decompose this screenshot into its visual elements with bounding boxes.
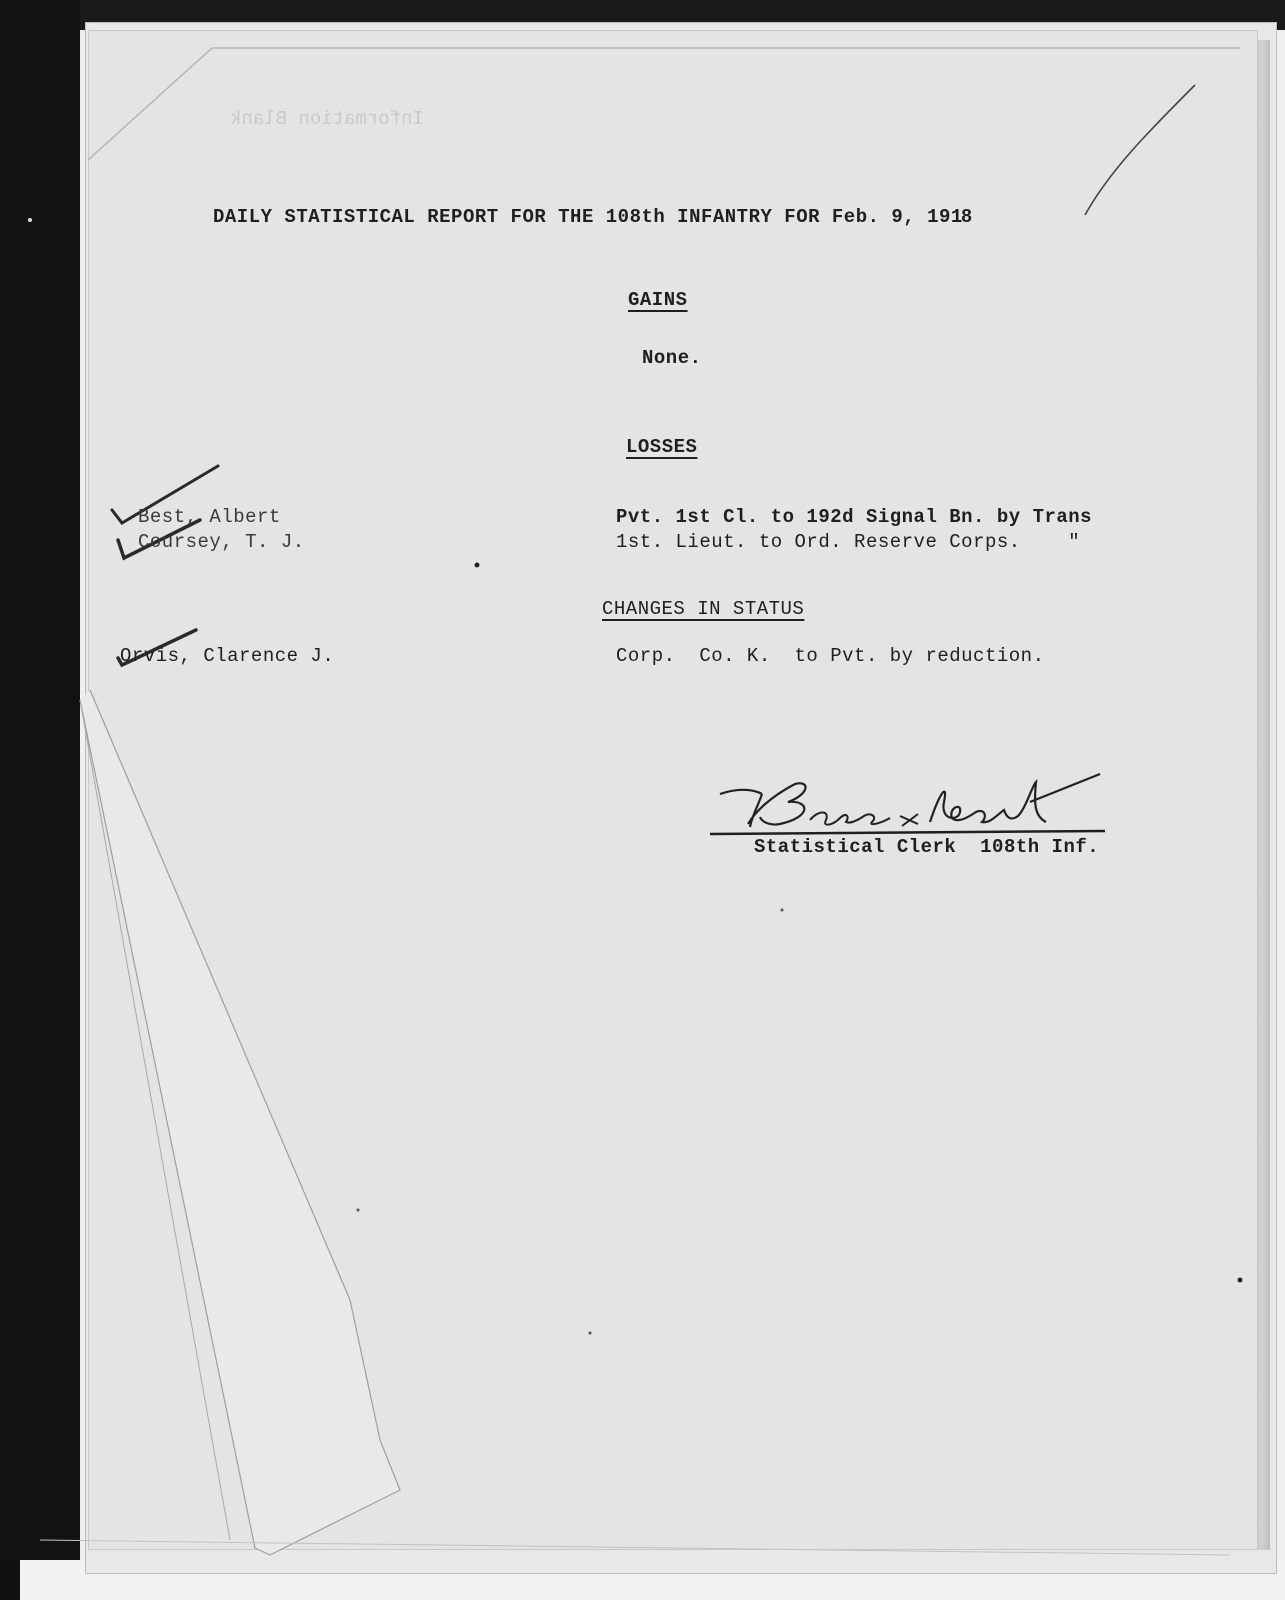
scanner-backdrop-corner [0,1560,20,1600]
loss-entry-name: Coursey, T. J. [138,531,305,553]
signature-title: Statistical Clerk 108th Inf. [754,836,1099,858]
gains-body: None. [642,347,702,369]
gains-heading: GAINS [628,289,688,311]
status-entry-name: Orvis, Clarence J. [120,645,334,667]
handwritten-signature [700,772,1120,842]
scanner-backdrop-left [0,0,80,1600]
changes-in-status-heading: CHANGES IN STATUS [602,598,804,620]
losses-heading: LOSSES [626,436,697,458]
loss-entry-detail: 1st. Lieut. to Ord. Reserve Corps. " [616,531,1080,553]
status-entry-detail: Corp. Co. K. to Pvt. by reduction. [616,645,1044,667]
bleed-through-text: Information Blank [230,108,424,130]
loss-entry-name: Best, Albert [138,506,281,528]
loss-entry-detail: Pvt. 1st Cl. to 192d Signal Bn. by Trans [616,506,1092,528]
report-title: DAILY STATISTICAL REPORT FOR THE 108th I… [213,206,975,228]
